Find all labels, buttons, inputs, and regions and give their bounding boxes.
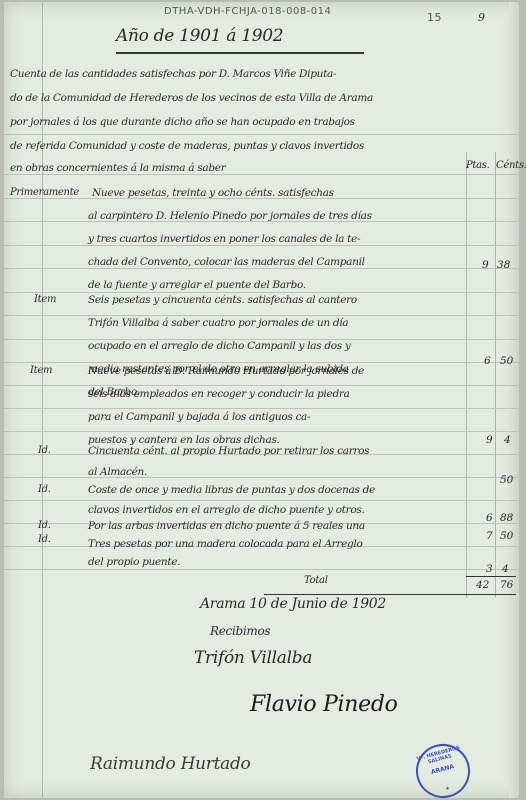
amount-centimos: 50 xyxy=(500,474,513,486)
total-rule xyxy=(466,576,516,577)
column-header-pesetas: Ptas. xyxy=(466,160,490,171)
signature-hurtado: Raimundo Hurtado xyxy=(90,754,251,774)
column-line-pesetas xyxy=(466,152,467,598)
amount-pesetas: 3 xyxy=(486,563,493,575)
total-pesetas: 42 xyxy=(476,579,489,591)
column-line-centimos xyxy=(495,152,496,598)
stamp-star-icon: ✦ xyxy=(423,779,473,799)
folio-number-ink: 9 xyxy=(478,11,485,24)
amount-centimos: 50 xyxy=(500,530,513,542)
archive-stamp: Vº. HEREDEROS SALINAS ARANA ✦ xyxy=(410,738,476,800)
amount-pesetas: 6 xyxy=(484,355,491,367)
folio-number-pencil: 15 xyxy=(427,11,442,24)
total-label: Total xyxy=(304,575,328,586)
place-date: Arama 10 de Junio de 1902 xyxy=(200,596,386,612)
received-label: Recibimos xyxy=(210,624,270,638)
document-page: DTHA-VDH-FCHJA-018-008-014 15 9 Año de 1… xyxy=(4,2,519,798)
page-edge xyxy=(509,2,519,798)
title-underline xyxy=(116,52,364,54)
amount-pesetas: 9 xyxy=(486,434,493,446)
total-centimos: 76 xyxy=(500,579,513,591)
amount-centimos: 50 xyxy=(500,355,513,367)
amount-centimos: 4 xyxy=(504,434,511,446)
amount-centimos: 38 xyxy=(497,259,510,271)
total-underline xyxy=(264,594,516,595)
amount-pesetas: 9 xyxy=(482,259,489,271)
amount-pesetas: 7 xyxy=(486,530,493,542)
amount-centimos: 4 xyxy=(502,563,509,575)
column-header-centimos: Cénts. xyxy=(496,160,526,171)
document-title: Año de 1901 á 1902 xyxy=(116,26,283,46)
archive-reference: DTHA-VDH-FCHJA-018-008-014 xyxy=(164,6,331,17)
amount-pesetas: 6 xyxy=(486,512,493,524)
signature-pinedo: Flavio Pinedo xyxy=(250,692,398,717)
signature-villalba: Trifón Villalba xyxy=(194,648,312,668)
amount-centimos: 88 xyxy=(500,512,513,524)
